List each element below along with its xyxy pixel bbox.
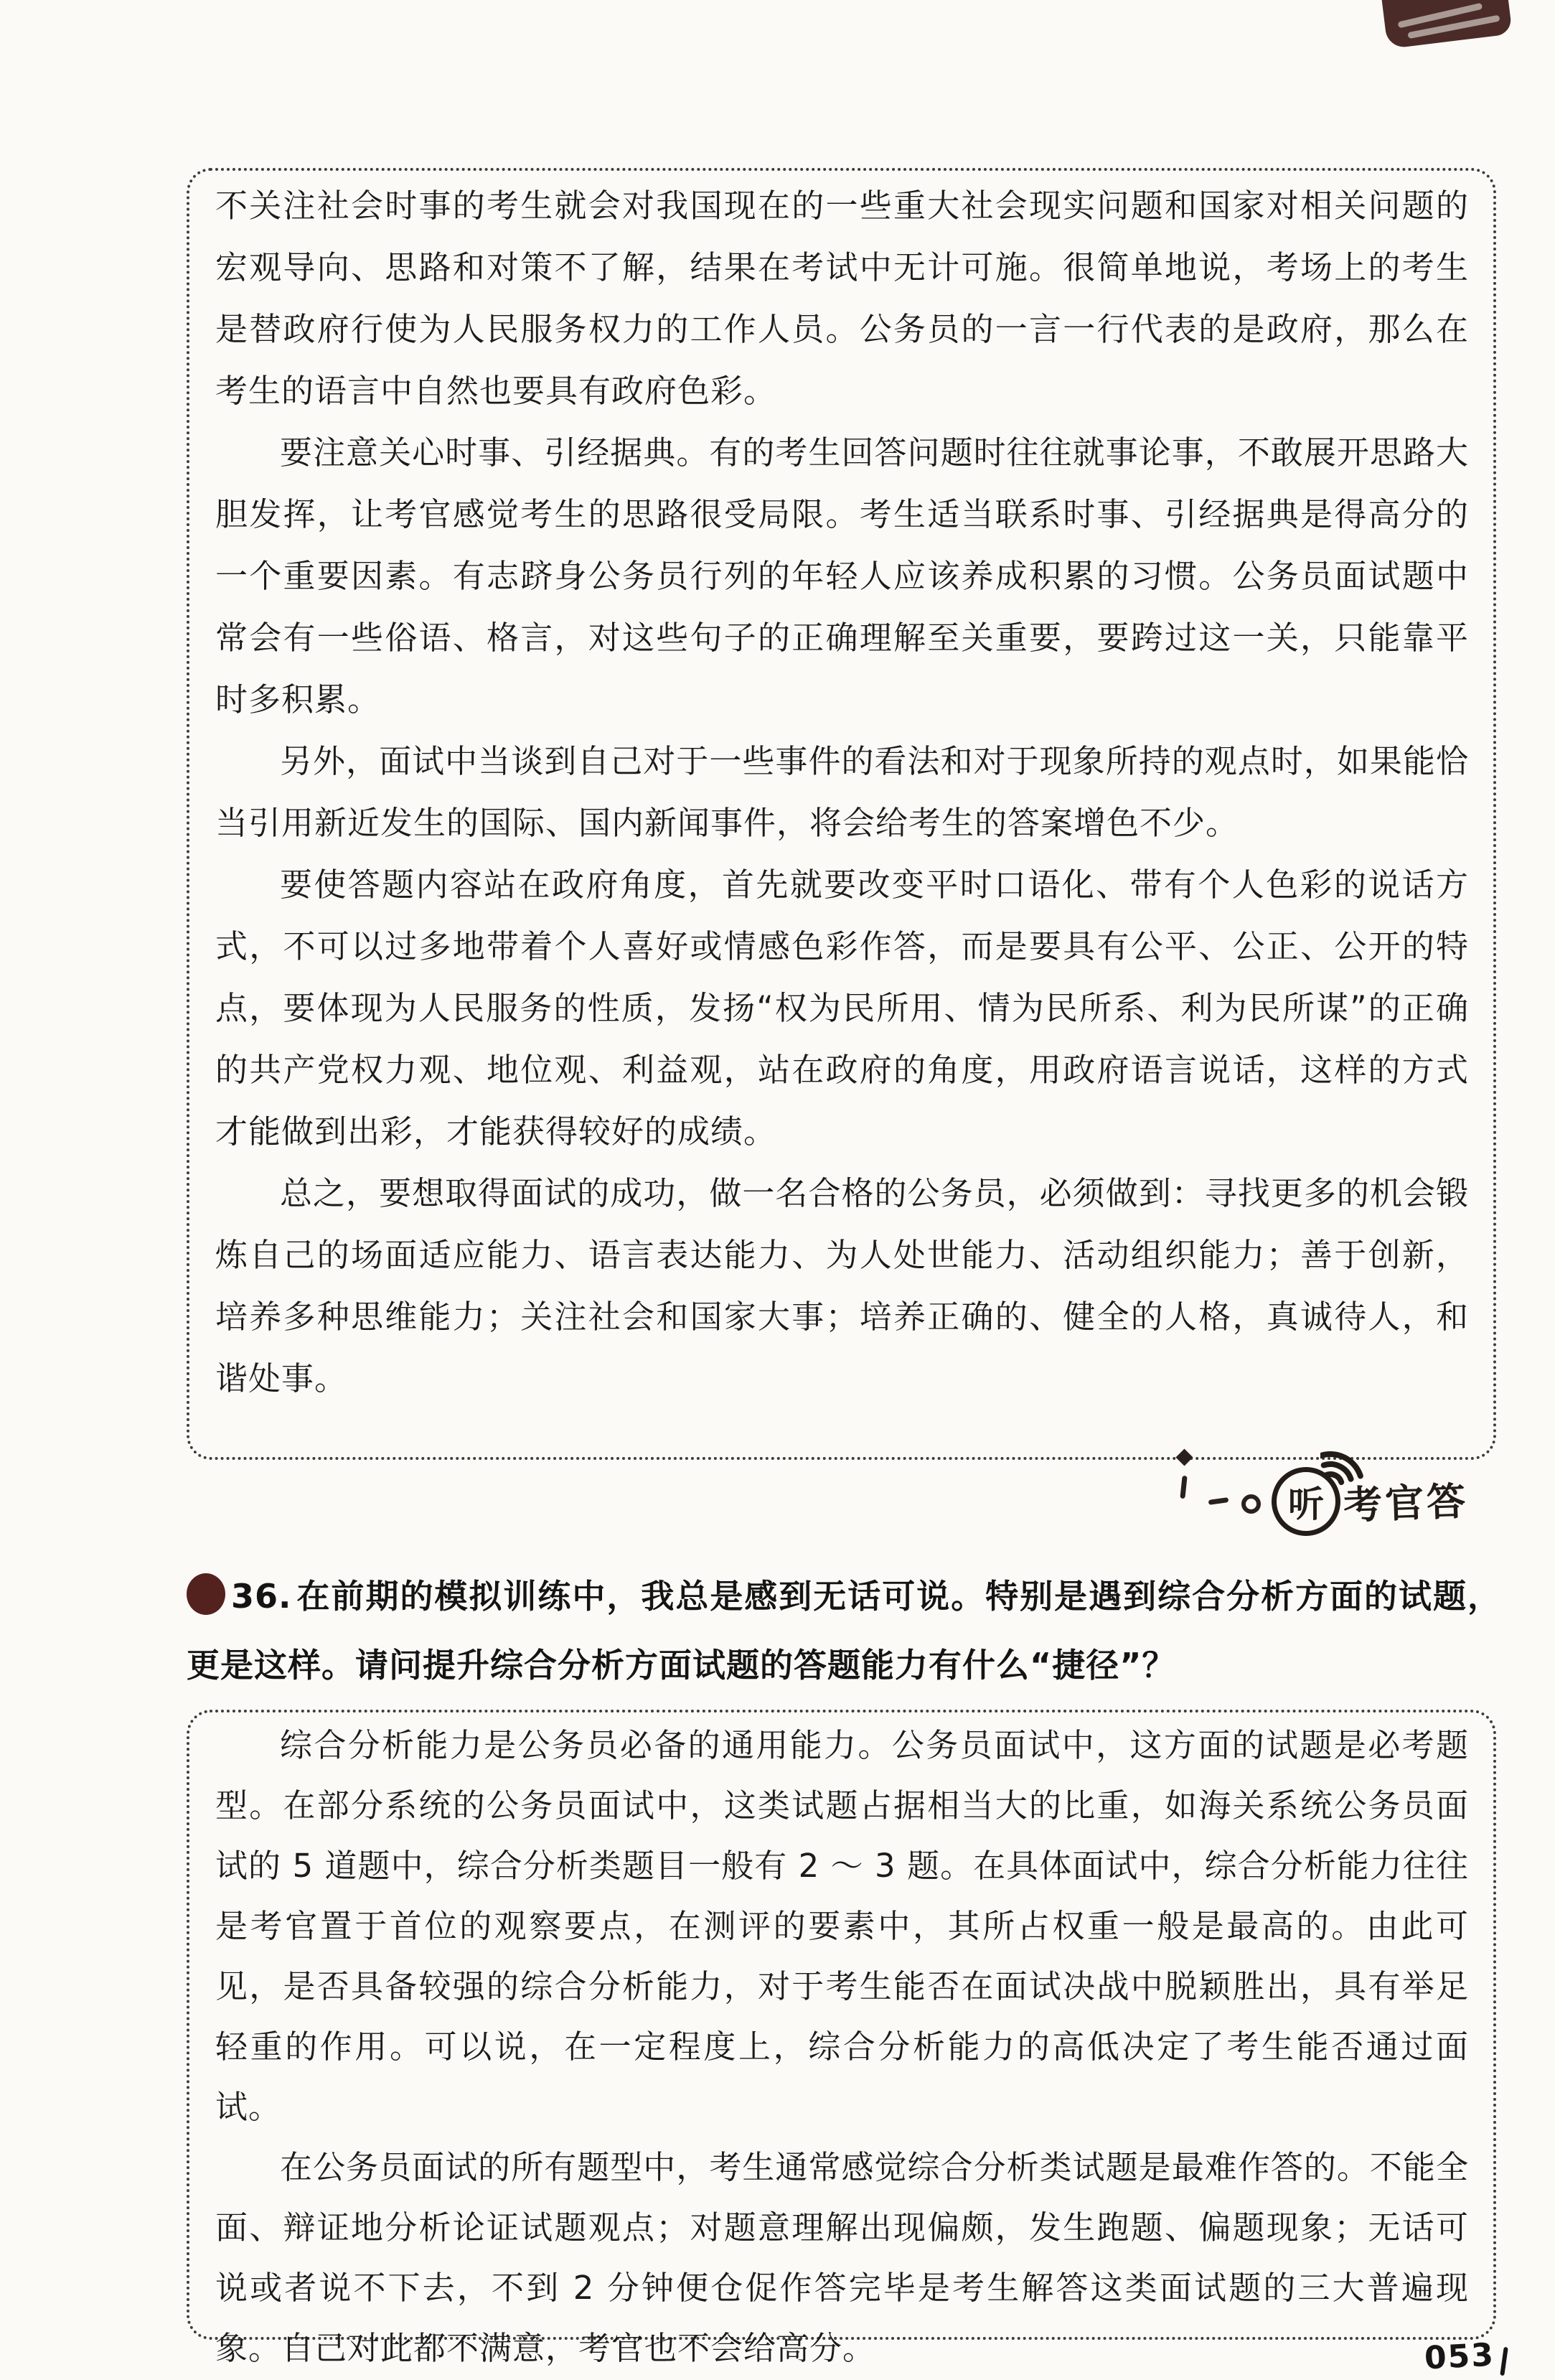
- stamp-dash-icon: [1208, 1497, 1229, 1505]
- answer-paragraph: 综合分析能力是公务员必备的通用能力。公务员面试中，这方面的试题是必考题型。在部分…: [215, 1715, 1469, 2137]
- page-corner-decoration: [1380, 0, 1512, 49]
- question-bullet-icon: [187, 1573, 225, 1615]
- answer-box-q36: 综合分析能力是公务员必备的通用能力。公务员面试中，这方面的试题是必考题型。在部分…: [187, 1710, 1496, 2340]
- answer-paragraph: 要使答题内容站在政府角度，首先就要改变平时口语化、带有个人色彩的说话方式，不可以…: [215, 854, 1469, 1163]
- stamp-dash-icon: [1180, 1476, 1187, 1499]
- page-number: 053: [1424, 2336, 1495, 2376]
- stamp-label: 考官答: [1343, 1471, 1470, 1530]
- question-number: 36.: [231, 1577, 292, 1616]
- question-text: 在前期的模拟训练中，我总是感到无话可说。特别是遇到综合分析方面的试题，更是这样。…: [187, 1577, 1501, 1685]
- book-page: 不关注社会时事的考生就会对我国现在的一些重大社会现实问题和国家对相关问题的宏观导…: [0, 0, 1555, 2380]
- answer-paragraph: 在公务员面试的所有题型中，考生通常感觉综合分析类试题是最难作答的。不能全面、辩证…: [215, 2137, 1469, 2379]
- answer-paragraph: 另外，面试中当谈到自己对于一些事件的看法和对于现象所持的观点时，如果能恰当引用新…: [215, 731, 1469, 854]
- answer-paragraph: 不关注社会时事的考生就会对我国现在的一些重大社会现实问题和国家对相关问题的宏观导…: [215, 175, 1469, 422]
- answer-paragraph: 总之，要想取得面试的成功，做一名合格的公务员，必须做到：寻找更多的机会锻炼自己的…: [215, 1163, 1469, 1410]
- question-36: 36.在前期的模拟训练中，我总是感到无话可说。特别是遇到综合分析方面的试题，更是…: [187, 1562, 1501, 1700]
- stamp-dot-icon: [1241, 1494, 1261, 1514]
- stamp-diamond-icon: [1175, 1448, 1193, 1466]
- answer-paragraph: 要注意关心时事、引经据典。有的考生回答问题时往往就事论事，不敢展开思路大胆发挥，…: [215, 422, 1469, 731]
- answer-box-continued: 不关注社会时事的考生就会对我国现在的一些重大社会现实问题和国家对相关问题的宏观导…: [187, 168, 1496, 1460]
- listen-char: 听: [1288, 1476, 1324, 1527]
- page-number-bar: [1500, 2347, 1508, 2376]
- listen-examiner-stamp: 听 考官答: [1170, 1435, 1507, 1543]
